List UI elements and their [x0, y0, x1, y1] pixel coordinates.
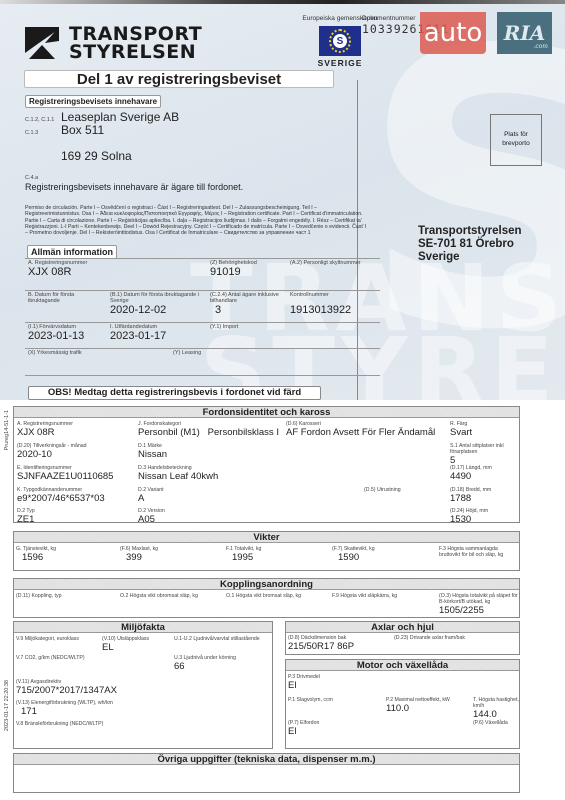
transportstyrelsen-logo: TRANSPORT STYRELSEN	[25, 25, 202, 61]
section-title: Miljöfakta	[14, 622, 272, 633]
general-info-label: Allmän information	[27, 245, 117, 259]
table-row: (I.1) Förvärvsdatum2023-01-13 I. Utfärda…	[25, 323, 380, 349]
other-info-section: Övriga uppgifter (tekniska data, dispens…	[13, 753, 520, 793]
table-row: A. RegistreringsnummerXJX 08R (Z) Behöri…	[25, 259, 380, 291]
section-title: Fordonsidentitet och kaross	[14, 407, 519, 418]
section-title: Övriga uppgifter (tekniska data, dispens…	[14, 754, 519, 765]
c4a-code: C.4.a	[25, 175, 38, 181]
section-title: Kopplingsanordning	[14, 579, 519, 590]
registration-header-section: S TRANS STYRE TRANSPORT STYRELSEN Europe…	[0, 0, 565, 400]
reg-number: XJX 08R	[17, 427, 73, 438]
postage-stamp-box: Plats förbrevporto	[490, 114, 542, 166]
holder-street: Box 511	[61, 123, 104, 137]
general-info-table: A. RegistreringsnummerXJX 08R (Z) Behöri…	[25, 258, 380, 376]
brand-line-2: STYRELSEN	[69, 43, 202, 61]
holder-name: Leaseplan Sverige AB	[61, 110, 179, 124]
ria-watermark-logo: RIA.com	[497, 12, 552, 54]
page-title: Del 1 av registreringsbeviset	[24, 70, 334, 88]
travel-notice: OBS! Medtag detta registreringsbevis i f…	[28, 386, 321, 400]
vin: SJNFAAZE1U0110685	[17, 471, 113, 482]
eu-country: SVERIGE	[300, 58, 380, 68]
logo-mark-icon	[25, 27, 59, 59]
environment-section: Miljöfakta V.9 Miljökategori, euroklass …	[13, 621, 273, 749]
return-address: TransportstyrelsenSE-701 81 ÖrebroSverig…	[418, 225, 522, 264]
table-row: (X) Yrkesmässig trafik (Y) Leasing	[25, 349, 380, 375]
holder-address: C.1.2, C.1.1Leaseplan Sverige AB C.1.3Bo…	[25, 110, 179, 162]
weights-section: Vikter G. Tjänstevikt, kg1596 (F.6) Maxl…	[13, 531, 520, 571]
section-title: Axlar och hjul	[286, 622, 519, 633]
print-timestamp: 2023-01-17 22:20:38	[4, 680, 10, 731]
auto-watermark-logo: auto	[420, 12, 486, 54]
axles-section: Axlar och hjul (D.8) Däckdimension bak21…	[285, 621, 520, 655]
section-title: Vikter	[14, 532, 519, 543]
engine-section: Motor och växellåda P.3 DrivmedelEl P.1 …	[285, 659, 520, 749]
eu-flag-icon: S	[319, 26, 361, 56]
holder-postal: 169 29 Solna	[61, 149, 132, 163]
multilingual-certificate-text: Permiso de circulación. Parte I – Osvědč…	[25, 205, 370, 236]
coupling-section: Kopplingsanordning (D.11) Koppling, typ …	[13, 578, 520, 618]
ownership-statement: Registreringsbevisets innehavare är ägar…	[25, 182, 243, 192]
table-row: B. Datum för första ibruktagande (B.1) D…	[25, 291, 380, 323]
section-title: Motor och växellåda	[286, 660, 519, 671]
holder-section-label: Registreringsbevisets innehavare	[25, 95, 161, 108]
vehicle-identity-section: Fordonsidentitet och kaross A. Registrer…	[13, 406, 520, 523]
form-code: Prureg14-51-1-1	[4, 410, 10, 450]
